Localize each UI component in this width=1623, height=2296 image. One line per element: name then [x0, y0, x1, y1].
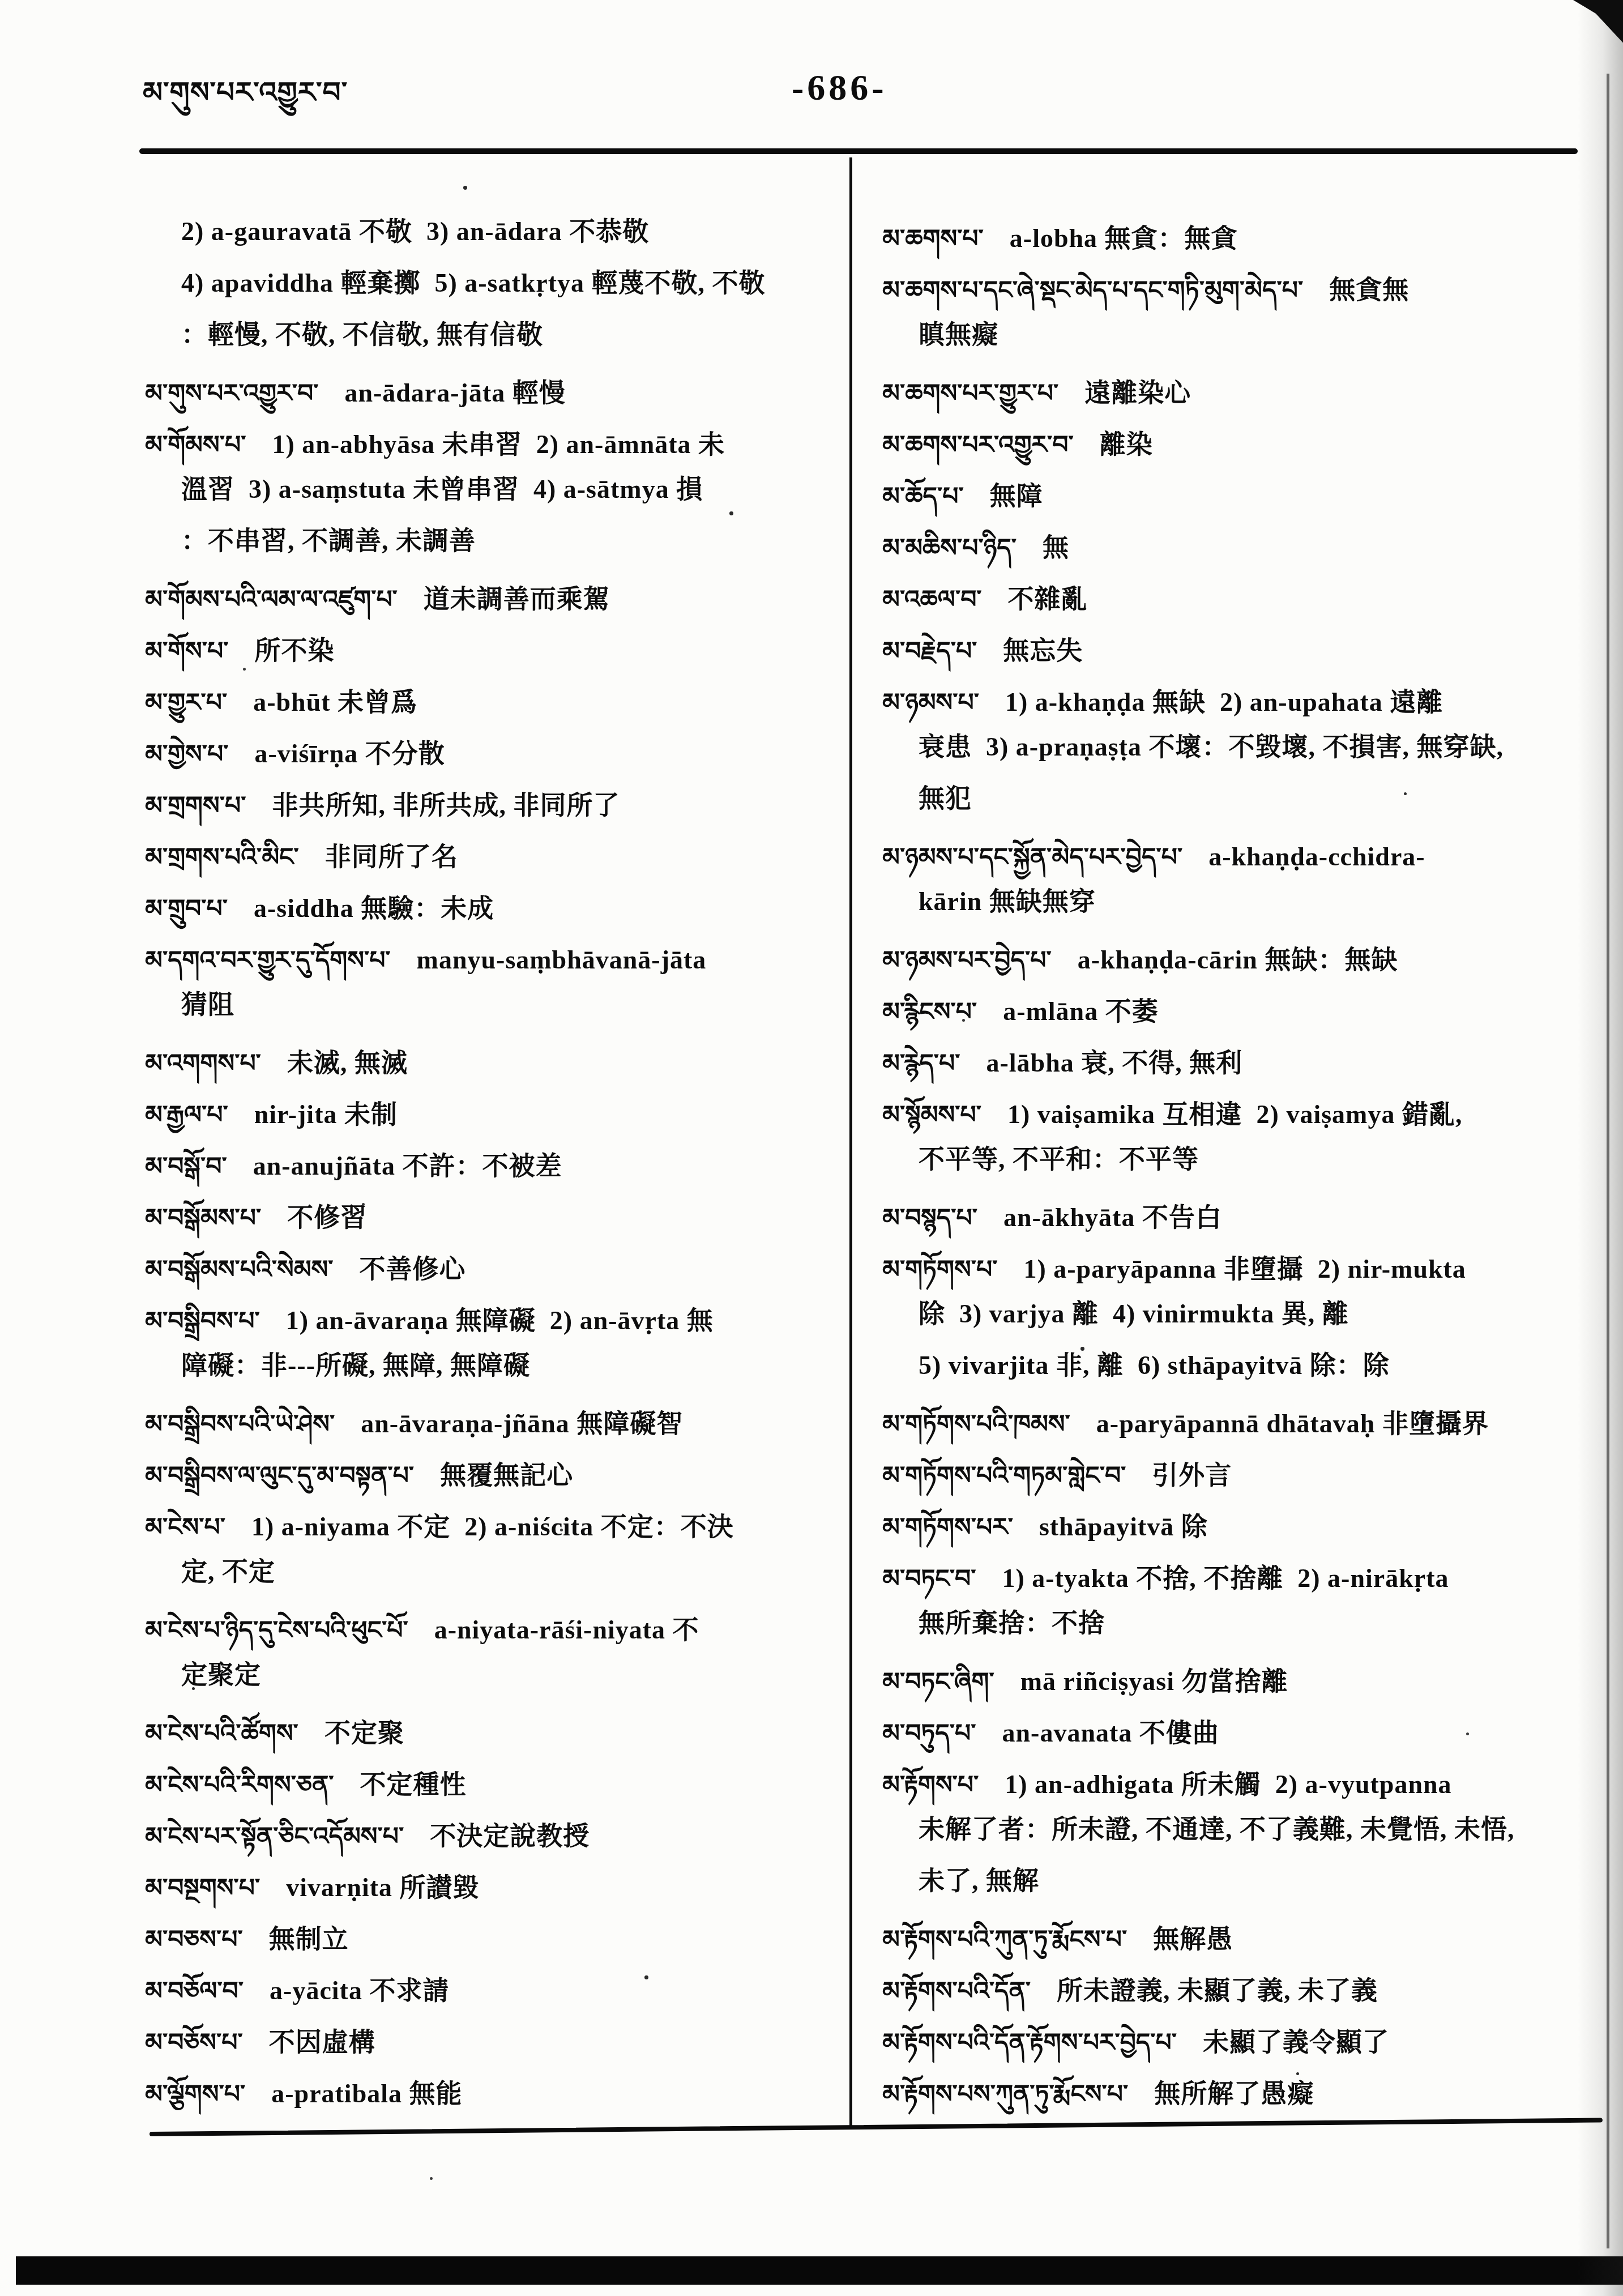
dictionary-line: མ་གཏོགས་པའི་ཁམས་a-paryāpannā dhātavaḥ 非墮…: [882, 1396, 1614, 1448]
dictionary-line: མ་ཉམས་པ་1) a-khaṇḍa 無缺 2) an-upahata 遠離: [882, 675, 1614, 726]
entry-text: 瞋無癡: [919, 314, 998, 351]
dictionary-line: 除 3) varjya 離 4) vinirmukta 異, 離: [882, 1293, 1614, 1345]
entry-text: an-avanata 不僂曲: [1002, 1712, 1219, 1749]
dictionary-line: མ་གཏོགས་པའི་གཏམ་གླེང་བ་引外言: [882, 1448, 1614, 1499]
entry-text: 未了, 無解: [919, 1860, 1039, 1897]
entry-text: 不定種性: [360, 1764, 467, 1801]
dictionary-line: མ་ངེས་པའི་ཚོགས་不定聚: [145, 1705, 848, 1757]
dictionary-line: ：輕慢, 不敬, 不信敬, 無有信敬: [145, 314, 848, 365]
entry-text: a-khaṇḍa-cārin 無缺：無缺: [1078, 939, 1398, 976]
dictionary-line: 定, 不定: [145, 1551, 848, 1602]
dictionary-line: མ་ཆགས་པ་a-lobha 無貪：無貪: [882, 211, 1614, 262]
dictionary-line: མ་དགའ་བར་གྱུར་དུ་དོགས་པ་manyu-saṃbhāvanā…: [145, 932, 848, 984]
entry-text: 無制立: [269, 1918, 349, 1956]
dictionary-line: 無犯: [882, 778, 1614, 829]
dictionary-line: མ་བརྗེད་པ་無忘失: [882, 623, 1614, 675]
dictionary-line: མ་ཉམས་པ་དང་སྐྱོན་མེད་པར་བྱེད་པ་a-khaṇḍa-…: [882, 829, 1614, 881]
dictionary-line: མ་བསྔགས་པ་vivarṇita 所讃毀: [145, 1860, 848, 1911]
guide-word-tibetan: མ་གུས་པར་འགྱུར་བ་: [143, 61, 348, 140]
entry-text: 引外言: [1152, 1454, 1232, 1492]
entry-text: 離染: [1100, 424, 1153, 461]
entry-text: manyu-saṃbhāvanā-jāta: [417, 945, 707, 975]
entry-text: 所不染: [255, 630, 335, 667]
dictionary-line: 無所棄捨：不捨: [882, 1602, 1614, 1654]
dictionary-line: ：不串習, 不調善, 未調善: [145, 520, 848, 571]
dictionary-line: མ་རྟོགས་པའི་དོན་所未證義, 未顯了義, 未了義: [882, 1963, 1614, 2015]
entry-text: 無: [1043, 527, 1069, 564]
dictionary-line: མ་གྱེས་པ་a-viśīrṇa 不分散: [145, 726, 848, 778]
dictionary-line: མ་རྟོགས་པས་ཀུན་ཏུ་རྨོངས་པ་無所解了愚癡: [882, 2066, 1614, 2118]
dictionary-line: མ་ཆགས་པ་དང་ཞེ་སྡང་མེད་པ་དང་གཏི་མུག་མེད་པ…: [882, 262, 1614, 314]
entry-text: a-viśīrṇa 不分散: [255, 733, 445, 770]
dictionary-line: མ་བསྙད་པ་an-ākhyāta 不告白: [882, 1190, 1614, 1241]
entry-text: 不修習: [287, 1197, 367, 1234]
entry-text: 非共所知, 非所共成, 非同所了: [272, 784, 620, 822]
dictionary-line: མ་ཉམས་པར་བྱེད་པ་a-khaṇḍa-cārin 無缺：無缺: [882, 932, 1614, 984]
dictionary-line: མ་གུས་པར་འགྱུར་བ་an-ādara-jāta 輕慢: [145, 365, 848, 417]
entry-text: mā riñciṣyasi 勿當捨離: [1020, 1661, 1288, 1698]
entry-text: nir-jita 未制: [254, 1094, 398, 1131]
right-edge-scan-band: [1578, 0, 1623, 2296]
entry-text: 溫習 3) a-saṃstuta 未曾串習 4) a-sātmya 損: [181, 468, 703, 506]
bottom-scan-bar: [16, 2256, 1623, 2285]
dictionary-line: མ་ངེས་པར་སྟོན་ཅིང་འདོམས་པ་不決定說教授: [145, 1808, 848, 1860]
entry-text: a-paryāpannā dhātavaḥ 非墮攝界: [1096, 1403, 1489, 1440]
entry-text: 不善修心: [360, 1248, 466, 1286]
entry-text: 無所解了愚癡: [1154, 2073, 1314, 2110]
entry-text: 1) a-paryāpanna 非墮攝 2) nir-mukta: [1023, 1248, 1466, 1286]
dictionary-line: མ་ངེས་པ་ཉིད་དུ་ངེས་པའི་ཕུང་པོ་a-niyata-r…: [145, 1602, 848, 1654]
entry-text: a-lābha 衰, 不得, 無利: [986, 1042, 1243, 1079]
entry-text: 障礙：非---所礙, 無障, 無障礙: [181, 1345, 530, 1382]
entry-text: sthāpayitvā 除: [1039, 1506, 1208, 1543]
entry-text: 1) an-abhyāsa 未串習 2) an-āmnāta 未: [272, 424, 725, 461]
entry-text: 無犯: [919, 778, 972, 815]
right-column: མ་ཆགས་པ་a-lobha 無貪：無貪མ་ཆགས་པ་དང་ཞེ་སྡང་མ…: [882, 211, 1614, 2118]
dictionary-line: མ་གྲགས་པའི་མིང་非同所了名: [145, 829, 848, 881]
dictionary-line: མ་ཆགས་པར་འགྱུར་བ་離染: [882, 417, 1614, 468]
entry-text: 道未調善而乘駕: [424, 578, 610, 616]
entry-text: 無解愚: [1153, 1918, 1233, 1956]
dictionary-line: 不平等, 不平和：不平等: [882, 1138, 1614, 1190]
left-column: 2) a-gauravatā 不敬 3) an-ādara 不恭敬4) apav…: [145, 211, 848, 2118]
dictionary-line: 障礙：非---所礙, 無障, 無障礙: [145, 1345, 848, 1396]
entry-text: 除 3) varjya 離 4) vinirmukta 異, 離: [919, 1293, 1349, 1330]
dictionary-line: མ་རྙེད་པ་a-lābha 衰, 不得, 無利: [882, 1035, 1614, 1087]
dictionary-line: 4) apaviddha 輕棄擲 5) a-satkṛtya 輕蔑不敬, 不敬: [145, 262, 848, 314]
dictionary-line: 溫習 3) a-saṃstuta 未曾串習 4) a-sātmya 損: [145, 468, 848, 520]
entry-text: a-khaṇḍa-cchidra-: [1208, 842, 1425, 872]
entry-text: 未解了者：所未證, 不通達, 不了義難, 未覺悟, 未悟,: [919, 1808, 1515, 1846]
entry-text: an-anujñāta 不許：不被差: [253, 1145, 562, 1183]
entry-text: an-ādara-jāta 輕慢: [344, 372, 565, 409]
entry-text: a-niyata-rāśi-niyata 不: [434, 1609, 699, 1646]
dictionary-line: མ་བཅོས་པ་不因虛構: [145, 2015, 848, 2066]
dictionary-line: མ་བསྒོམས་པའི་སེམས་不善修心: [145, 1241, 848, 1293]
dictionary-line: 衰患 3) a-praṇaṣṭa 不壞：不毀壞, 不損害, 無穿缺,: [882, 726, 1614, 778]
entry-text: 2) a-gauravatā 不敬 3) an-ādara 不恭敬: [181, 211, 649, 248]
entry-text: 未顯了義令顯了: [1203, 2021, 1389, 2059]
entry-text: 1) an-adhigata 所未觸 2) a-vyutpanna: [1005, 1764, 1451, 1801]
dictionary-line: མ་རྟོགས་པའི་ཀུན་ཏུ་རྨོངས་པ་無解愚: [882, 1911, 1614, 1963]
tibetan-headword: མ་ལྕོགས་པ་: [145, 2066, 245, 2136]
entry-text: 無忘失: [1003, 630, 1083, 667]
dictionary-line: 5) vivarjita 非, 離 6) sthāpayitvā 除：除: [882, 1345, 1614, 1396]
right-edge-scan-line: [1607, 74, 1609, 2248]
dictionary-line: མ་བཏང་ཞིག་mā riñciṣyasi 勿當捨離: [882, 1654, 1614, 1705]
entry-text: vivarṇita 所讃毀: [286, 1867, 479, 1904]
dictionary-line: མ་འགགས་པ་未滅, 無滅: [145, 1035, 848, 1087]
entry-text: 不因虛構: [269, 2021, 375, 2059]
entry-text: an-ākhyāta 不告白: [1003, 1197, 1222, 1234]
entry-text: 衰患 3) a-praṇaṣṭa 不壞：不毀壞, 不損害, 無穿缺,: [919, 726, 1504, 763]
entry-text: ：不串習, 不調善, 未調善: [181, 520, 476, 557]
entry-text: 定, 不定: [181, 1551, 275, 1588]
entry-text: 無覆無記心: [440, 1454, 573, 1492]
dictionary-line: མ་གཏོགས་པ་1) a-paryāpanna 非墮攝 2) nir-muk…: [882, 1241, 1614, 1293]
dictionary-line: མ་བསྒོ་བ་an-anujñāta 不許：不被差: [145, 1138, 848, 1190]
page-number: -686-: [792, 67, 887, 109]
dictionary-line: མ་རྟོགས་པ་1) an-adhigata 所未觸 2) a-vyutpa…: [882, 1757, 1614, 1808]
entry-text: kārin 無缺無穿: [919, 881, 1096, 918]
entry-text: 非同所了名: [325, 836, 458, 873]
entry-text: a-pratibala 無能: [271, 2073, 462, 2110]
dictionary-line: མ་ལྕོགས་པ་a-pratibala 無能: [145, 2066, 848, 2118]
dictionary-line: མ་བསྒྲིབས་ལ་ལུང་དུ་མ་བསྟན་པ་無覆無記心: [145, 1448, 848, 1499]
entry-text: 4) apaviddha 輕棄擲 5) a-satkṛtya 輕蔑不敬, 不敬: [181, 262, 766, 300]
entry-text: ：輕慢, 不敬, 不信敬, 無有信敬: [181, 314, 543, 351]
entry-text: a-siddha 無驗：未成: [254, 887, 494, 925]
entry-text: an-āvaraṇa-jñāna 無障礙智: [361, 1403, 683, 1440]
dictionary-line: 定聚定: [145, 1654, 848, 1705]
entry-text: 未滅, 無滅: [287, 1042, 408, 1079]
entry-text: 遠離染心: [1084, 372, 1191, 409]
dictionary-line: མ་མཆིས་པ་ཉིད་無: [882, 520, 1614, 571]
dictionary-line: མ་ཆགས་པར་གྱུར་པ་遠離染心: [882, 365, 1614, 417]
entry-text: 1) a-khaṇḍa 無缺 2) an-upahata 遠離: [1005, 681, 1443, 719]
entry-text: 不雜亂: [1008, 578, 1088, 616]
dictionary-line: མ་གྱུར་པ་a-bhūt 未曾爲: [145, 675, 848, 726]
entry-text: 無所棄捨：不捨: [919, 1602, 1105, 1640]
dictionary-line: མ་བཅོལ་བ་a-yācita 不求請: [145, 1963, 848, 2015]
dictionary-line: མ་བསྒོམས་པ་不修習: [145, 1190, 848, 1241]
dictionary-page: མ་གུས་པར་འགྱུར་བ་ -686- 2) a-gauravatā 不…: [0, 0, 1623, 2296]
entry-text: 無貪無: [1329, 269, 1409, 306]
dictionary-line: མ་ངེས་པའི་རིགས་ཅན་不定種性: [145, 1757, 848, 1808]
header-rule: [139, 148, 1578, 154]
dictionary-line: མ་བསྒྲིབས་པའི་ཡེ་ཤེས་an-āvaraṇa-jñāna 無障…: [145, 1396, 848, 1448]
entry-text: 所未證義, 未顯了義, 未了義: [1057, 1970, 1378, 2007]
entry-text: 1) an-āvaraṇa 無障礙 2) an-āvṛta 無: [286, 1300, 714, 1337]
dictionary-line: མ་རྟོགས་པའི་དོན་རྟོགས་པར་བྱེད་པ་未顯了義令顯了: [882, 2015, 1614, 2066]
dictionary-line: kārin 無缺無穿: [882, 881, 1614, 932]
dictionary-line: མ་གོམས་པའི་ལམ་ལ་འཛུག་པ་道未調善而乘駕: [145, 571, 848, 623]
entry-text: 1) vaiṣamika 互相違 2) vaiṣamya 錯亂,: [1007, 1094, 1463, 1131]
scan-noise: [0, 0, 2, 2]
dictionary-line: མ་ཆོད་པ་無障: [882, 468, 1614, 520]
entry-text: 不定聚: [324, 1712, 404, 1749]
dictionary-line: མ་གཏོགས་པར་sthāpayitvā 除: [882, 1499, 1614, 1551]
entry-text: 無障: [990, 475, 1043, 513]
entry-text: 猜阻: [181, 984, 234, 1021]
entry-text: 不決定說教授: [430, 1815, 590, 1853]
entry-text: 5) vivarjita 非, 離 6) sthāpayitvā 除：除: [919, 1345, 1390, 1382]
dictionary-line: མ་བསྒྲིབས་པ་1) an-āvaraṇa 無障礙 2) an-āvṛt…: [145, 1293, 848, 1345]
entry-text: 1) a-tyakta 不捨, 不捨離 2) a-nirākṛta: [1002, 1557, 1449, 1595]
entry-text: a-mlāna 不萎: [1003, 991, 1159, 1028]
entry-text: 定聚定: [181, 1654, 261, 1691]
dictionary-line: མ་སྙོམས་པ་1) vaiṣamika 互相違 2) vaiṣamya 錯…: [882, 1087, 1614, 1138]
footer-rule: [150, 2118, 1603, 2136]
column-divider: [849, 157, 852, 2129]
dictionary-line: 未解了者：所未證, 不通達, 不了義難, 未覺悟, 未悟,: [882, 1808, 1614, 1860]
dictionary-line: 未了, 無解: [882, 1860, 1614, 1911]
dictionary-line: 2) a-gauravatā 不敬 3) an-ādara 不恭敬: [145, 211, 848, 262]
entry-text: 不平等, 不平和：不平等: [919, 1138, 1199, 1176]
entry-text: a-yācita 不求請: [270, 1970, 449, 2007]
entry-text: a-bhūt 未曾爲: [253, 681, 417, 719]
entry-text: a-lobha 無貪：無貪: [1010, 217, 1238, 255]
entry-text: 1) a-niyama 不定 2) a-niścita 不定：不決: [251, 1506, 734, 1543]
dictionary-line: མ་གྲགས་པ་非共所知, 非所共成, 非同所了: [145, 778, 848, 829]
